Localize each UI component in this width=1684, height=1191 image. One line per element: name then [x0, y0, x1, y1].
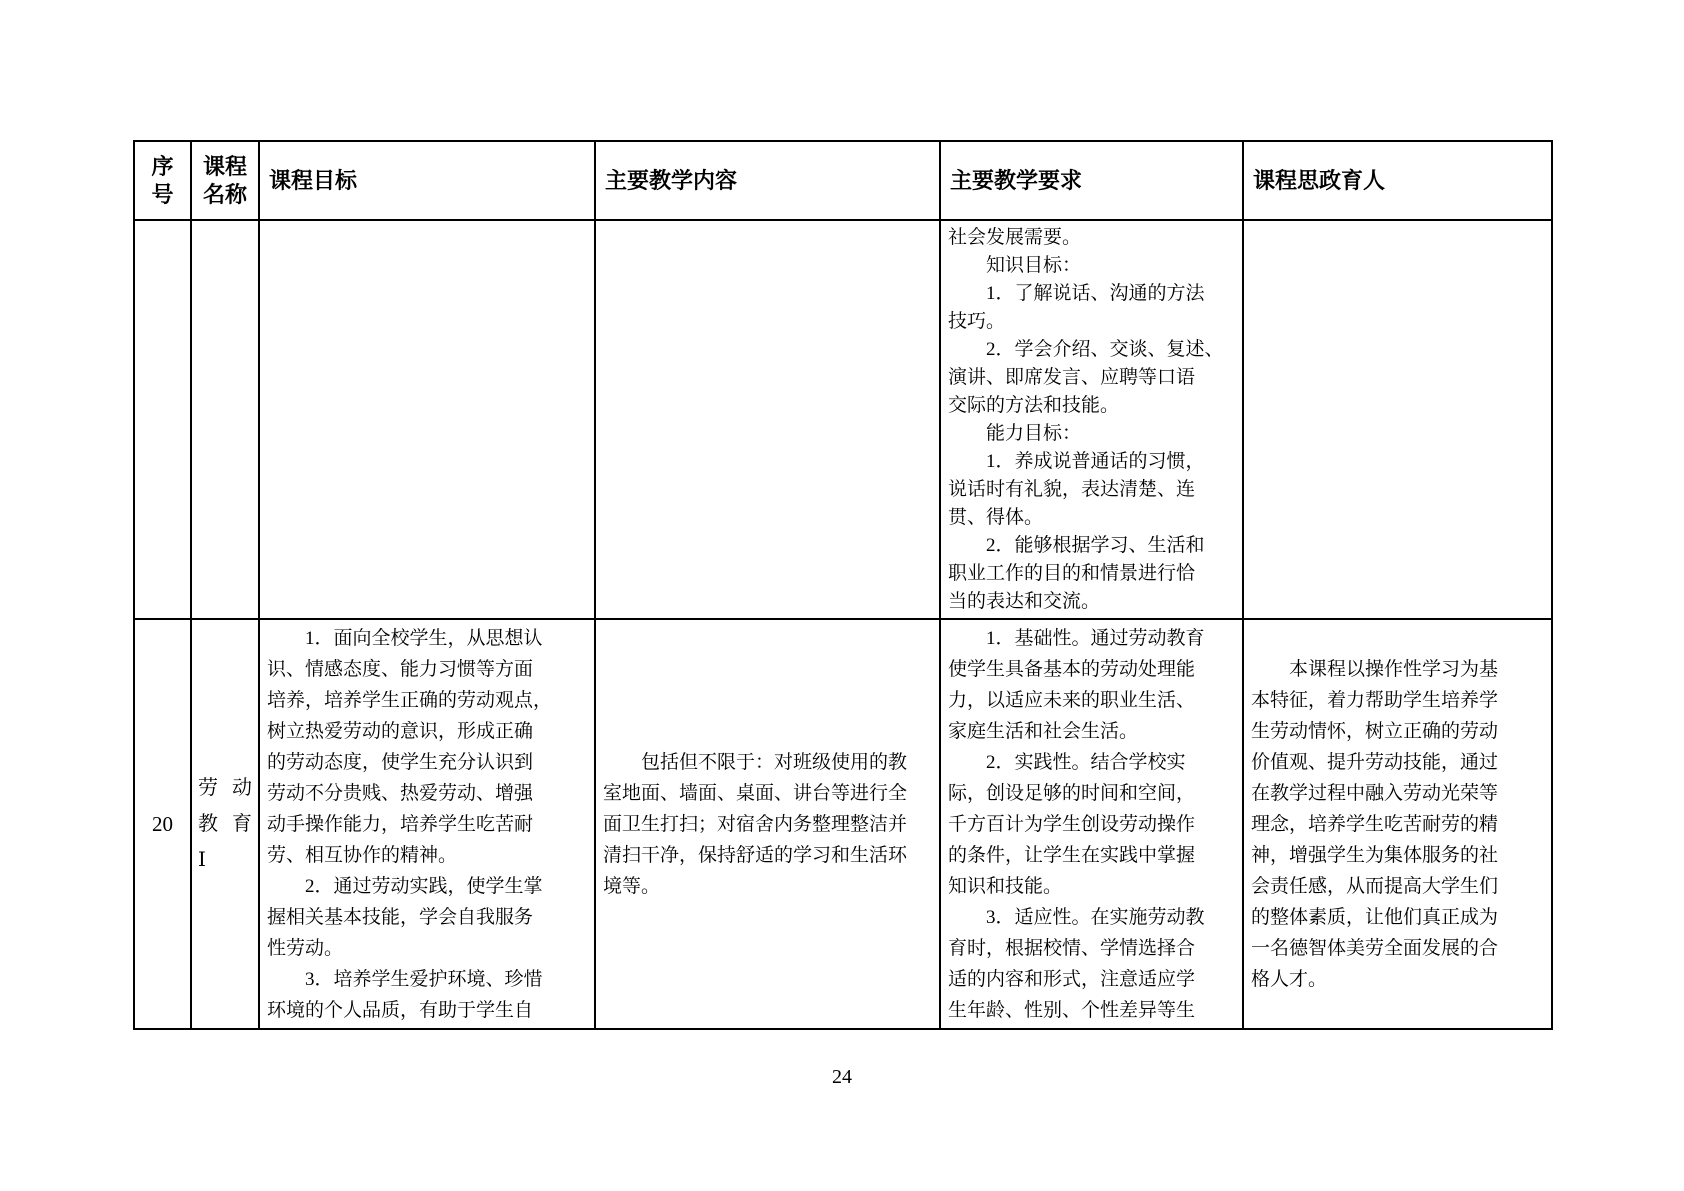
table-header-row: 序 号 课程 名称 课程目标 主要教学内容 主要教学要求 课程思政育人 — [134, 141, 1552, 220]
course-objectives-text: 1．面向全校学生，从思想认 识、情感态度、能力习惯等方面 培养，培养学生正确的劳… — [260, 620, 594, 1028]
cell-course-ideology: 本课程以操作性学习为基 本特征，着力帮助学生培养学 生劳动情怀，树立正确的劳动 … — [1243, 619, 1552, 1029]
header-serial-number: 序 号 — [134, 141, 191, 220]
empty-cell — [595, 220, 940, 619]
course-name-line: 劳动 — [198, 770, 252, 806]
empty-cell — [259, 220, 595, 619]
page-number: 24 — [0, 1066, 1684, 1089]
course-name-block: 劳动 教育 Ⅰ — [198, 770, 252, 878]
cell-teaching-requirements: 1．基础性。通过劳动教育 使学生具备基本的劳动处理能 力，以适应未来的职业生活、… — [940, 619, 1243, 1029]
table-row-continuation: 社会发展需要。 知识目标： 1．了解说话、沟通的方法 技巧。 2．学会介绍、交谈… — [134, 220, 1552, 619]
header-teaching-requirements: 主要教学要求 — [940, 141, 1243, 220]
empty-cell — [134, 220, 191, 619]
empty-cell — [1243, 220, 1552, 619]
course-name-line: 教育 — [198, 806, 252, 842]
teaching-content-text: 包括但不限于：对班级使用的教 室地面、墙面、桌面、讲台等进行全 面卫生打扫；对宿… — [596, 744, 939, 904]
cell-teaching-content: 包括但不限于：对班级使用的教 室地面、墙面、桌面、讲台等进行全 面卫生打扫；对宿… — [595, 619, 940, 1029]
table-row-course-20: 20 劳动 教育 Ⅰ 1．面向全校学生，从思想认 识、情感态度、能力习惯等方面 … — [134, 619, 1552, 1029]
header-course-ideology: 课程思政育人 — [1243, 141, 1552, 220]
cell-course-objectives: 1．面向全校学生，从思想认 识、情感态度、能力习惯等方面 培养，培养学生正确的劳… — [259, 619, 595, 1029]
course-table: 序 号 课程 名称 课程目标 主要教学内容 主要教学要求 课程思政育人 社会发展… — [133, 140, 1553, 1030]
cell-course-name: 劳动 教育 Ⅰ — [191, 619, 259, 1029]
header-course-name: 课程 名称 — [191, 141, 259, 220]
empty-cell — [191, 220, 259, 619]
course-ideology-text: 本课程以操作性学习为基 本特征，着力帮助学生培养学 生劳动情怀，树立正确的劳动 … — [1244, 651, 1551, 997]
cell-serial-number: 20 — [134, 619, 191, 1029]
header-course-objectives: 课程目标 — [259, 141, 595, 220]
course-name-line: Ⅰ — [198, 842, 252, 878]
teaching-requirements-text: 1．基础性。通过劳动教育 使学生具备基本的劳动处理能 力，以适应未来的职业生活、… — [941, 620, 1242, 1028]
cell-teaching-requirements-continuation: 社会发展需要。 知识目标： 1．了解说话、沟通的方法 技巧。 2．学会介绍、交谈… — [940, 220, 1243, 619]
document-page: 序 号 课程 名称 课程目标 主要教学内容 主要教学要求 课程思政育人 社会发展… — [0, 0, 1684, 1191]
teaching-requirements-continuation-text: 社会发展需要。 知识目标： 1．了解说话、沟通的方法 技巧。 2．学会介绍、交谈… — [941, 221, 1242, 618]
header-teaching-content: 主要教学内容 — [595, 141, 940, 220]
